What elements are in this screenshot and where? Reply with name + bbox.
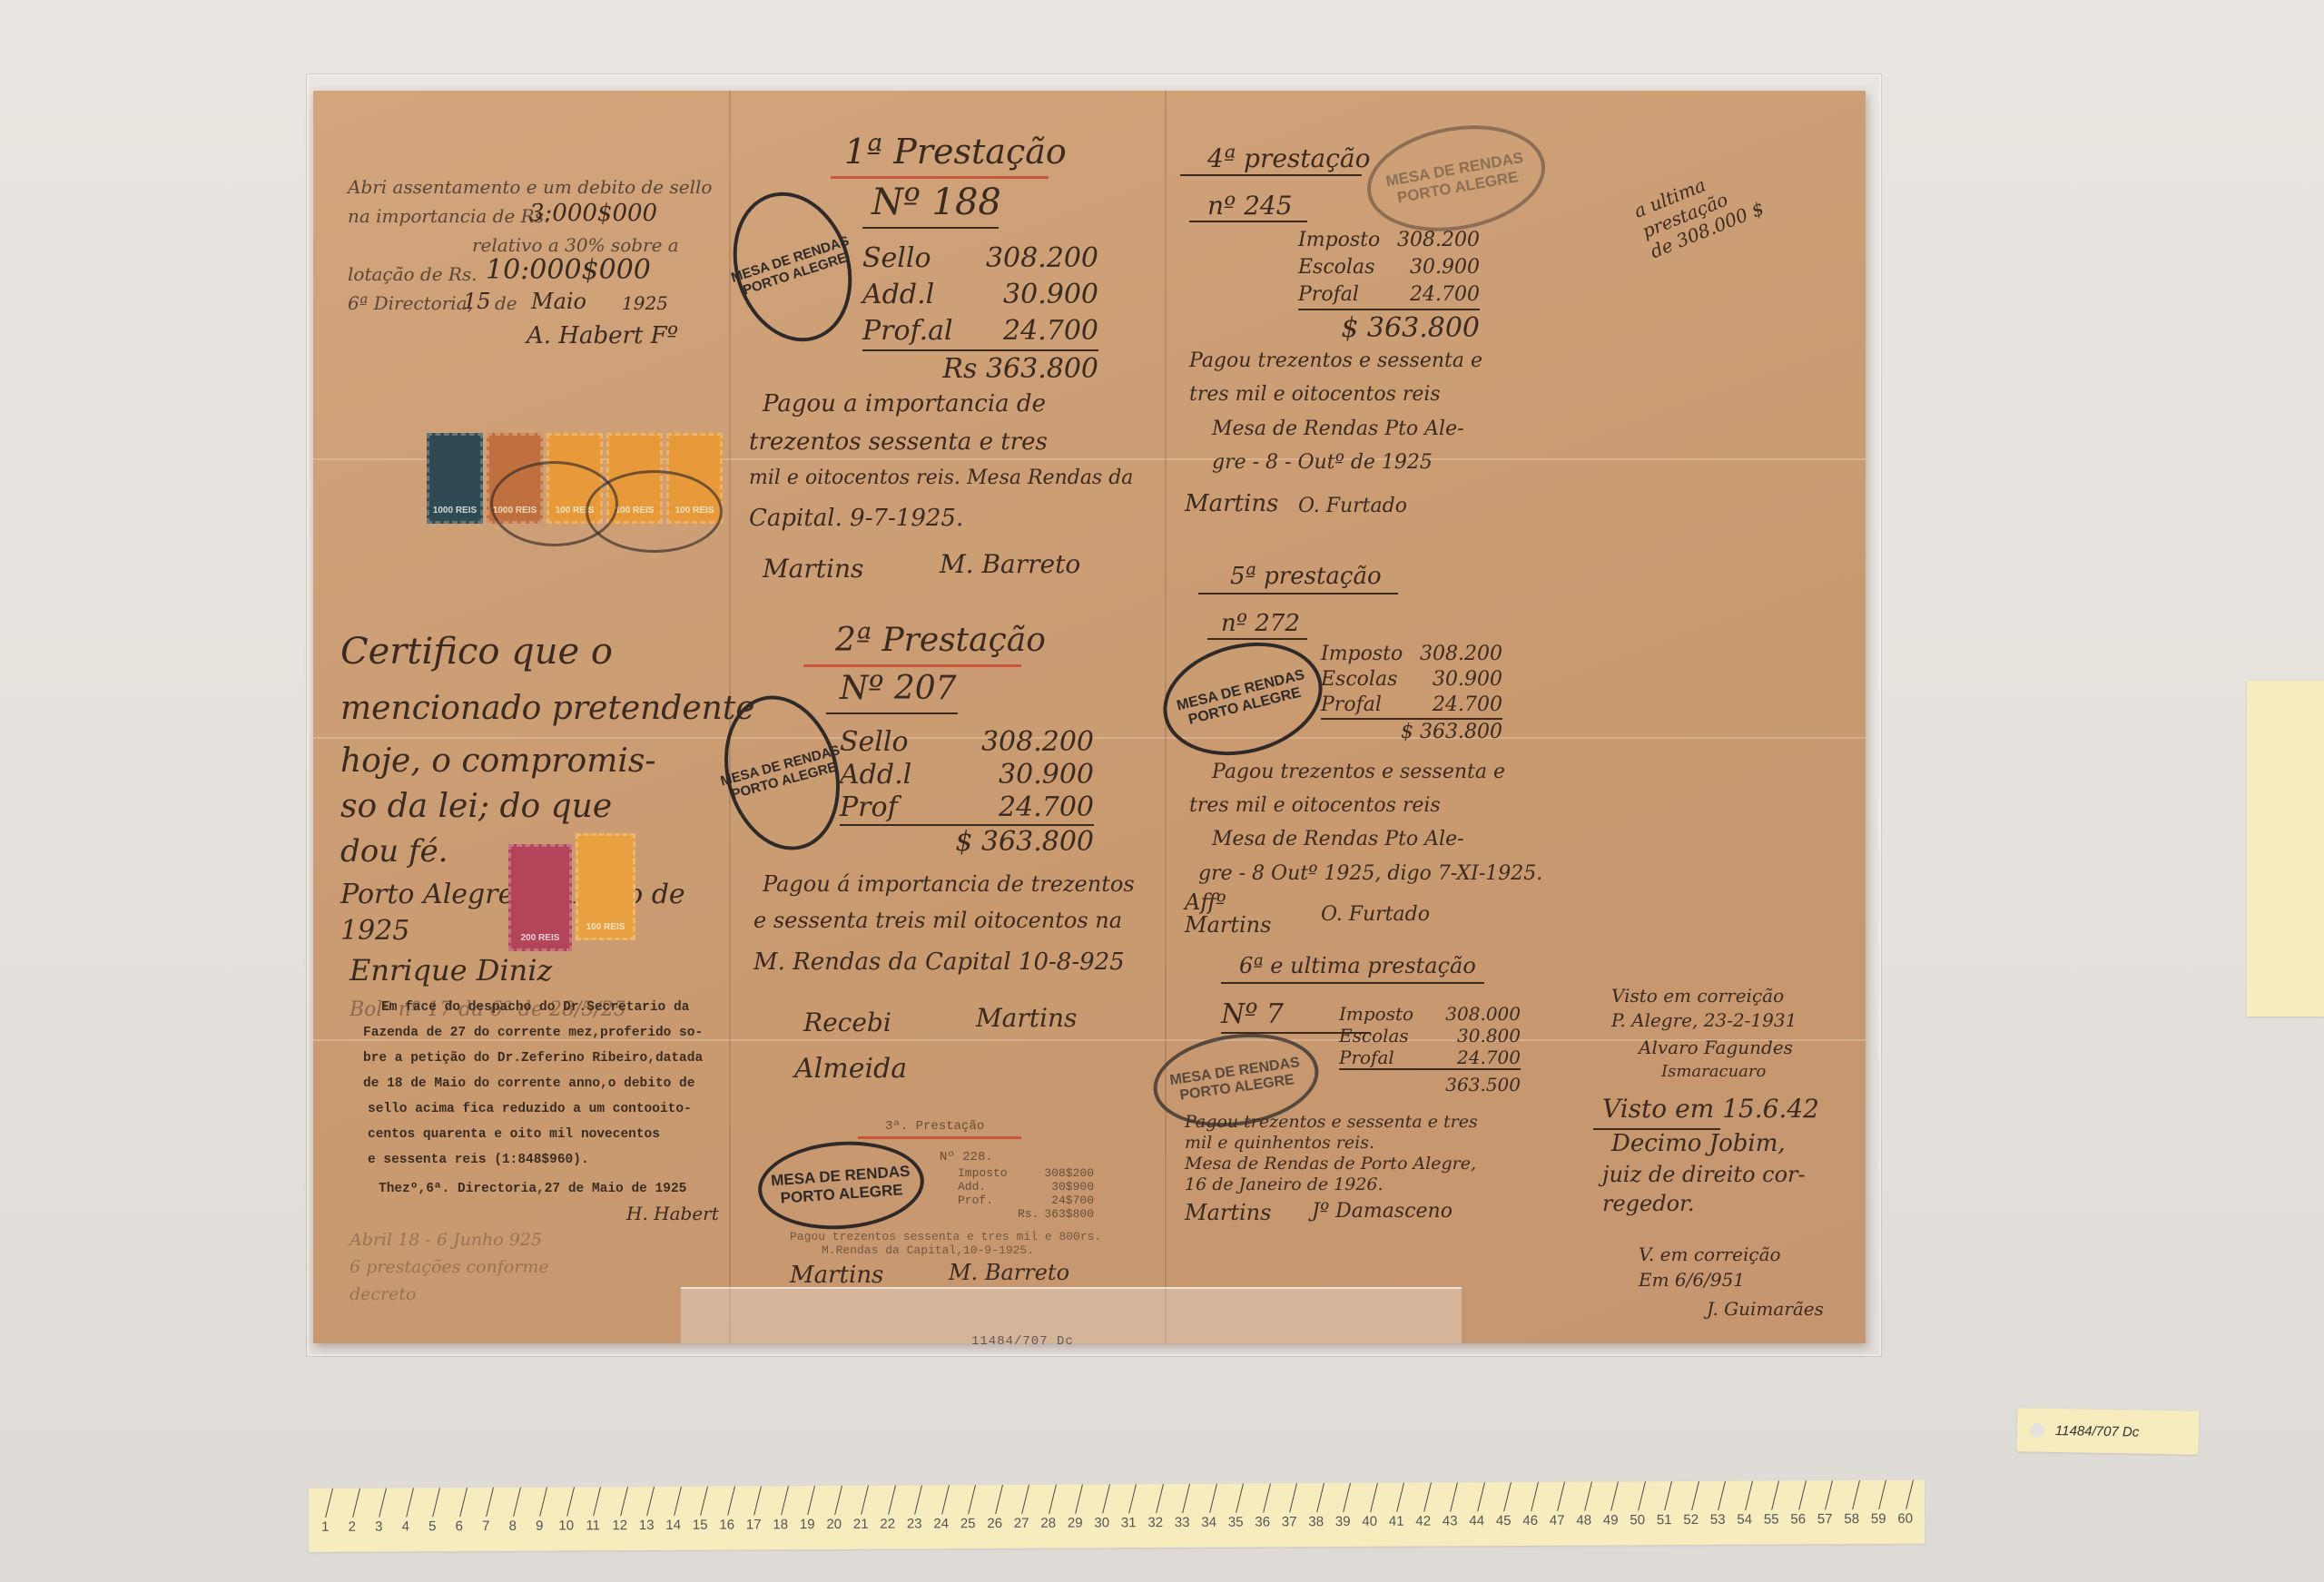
installment-title: 5ª prestação: [1230, 563, 1382, 590]
amount-row: Escolas30.800: [1339, 1025, 1521, 1046]
ruler-tick: [727, 1487, 735, 1516]
tag-hole-icon: [2030, 1423, 2044, 1438]
total-value: $ 363.800: [955, 826, 1094, 859]
amount-row: Profal24.700: [1298, 281, 1480, 309]
receipt-line: Mesa de Rendas Pto Ale-: [1212, 828, 1464, 850]
amount-row: Add.30$900: [958, 1180, 1094, 1194]
receipt-line: Pagou trezentos sessenta e tres mil e 80…: [790, 1230, 1101, 1243]
amount-row: Add.l30.900: [862, 277, 1098, 313]
visto-signature: Alvaro Fagundes: [1639, 1037, 1793, 1058]
revenue-stamp: 100 REIS: [576, 833, 635, 940]
ruler-tick: [1236, 1484, 1244, 1513]
amount-label: Add.l: [840, 759, 911, 791]
ruler-tick-label: 41: [1389, 1514, 1404, 1529]
ruler-tick-label: 36: [1255, 1514, 1270, 1529]
ruler-tick-label: 14: [665, 1518, 681, 1533]
amount-value: 24.700: [999, 791, 1094, 824]
ruler-tick: [941, 1485, 950, 1514]
ruler-tick: [1423, 1483, 1432, 1512]
amount-value: 30.900: [1433, 667, 1502, 693]
amount-value: 24.700: [1457, 1046, 1521, 1068]
receipt-line: 16 de Janeiro de 1926.: [1185, 1174, 1384, 1194]
despacho-line: Em face do despacho do Dr.Secretario da: [381, 1000, 689, 1015]
ruler-tick: [834, 1486, 842, 1515]
amount-value: 30.900: [999, 759, 1094, 791]
ruler-tick: [1691, 1481, 1699, 1510]
revenue-stamps-bottom: 200 REIS 100 REIS: [508, 844, 635, 951]
ruler-tick-label: 56: [1790, 1511, 1806, 1527]
receipt-line: tres mil e oitocentos reis: [1189, 383, 1441, 406]
ruler-tick: [620, 1487, 628, 1516]
certificate-line: so da lei; do que: [340, 788, 612, 825]
visto-signature: Ismaracuaro: [1661, 1062, 1766, 1081]
total-value: $ 363.800: [1341, 310, 1480, 347]
ruler-tick: [674, 1487, 682, 1516]
amount-row: Imposto308$200: [958, 1166, 1094, 1180]
ruler-tick-label: 1: [321, 1519, 329, 1535]
ruler-tick: [1878, 1480, 1886, 1509]
certificate-signature: Enrique Diniz: [350, 953, 552, 988]
ruler-tick: [1289, 1483, 1297, 1512]
ruler-tick-label: 5: [428, 1518, 436, 1534]
amount-label: Prof: [840, 791, 898, 824]
ruler-tick: [1718, 1481, 1726, 1510]
receipt-line: M. Rendas da Capital 10-8-925: [753, 948, 1125, 976]
ruler-tick-label: 60: [1897, 1511, 1913, 1527]
ruler-tick: [1584, 1482, 1592, 1511]
amount-label: Escolas: [1298, 254, 1374, 281]
amount-total: $ 363.800: [1298, 309, 1480, 347]
ruler-tick: [513, 1488, 521, 1517]
ruler-tick: [914, 1485, 922, 1514]
underline: [1198, 593, 1398, 594]
ruler-tick: [1156, 1484, 1164, 1513]
amount-table: Imposto308$200 Add.30$900 Prof.24$700 Rs…: [958, 1166, 1094, 1221]
ruler-tick-label: 53: [1710, 1512, 1726, 1528]
revenue-stamp: 200 REIS: [508, 844, 572, 951]
amount-row: Prof.24$700: [958, 1194, 1094, 1207]
ruler-tick: [1503, 1482, 1512, 1511]
signature: M. Barreto: [940, 549, 1080, 579]
ruler-tick: [379, 1489, 387, 1518]
form-day: 15: [463, 289, 491, 314]
ruler-tick: [1852, 1480, 1860, 1509]
ruler-tick: [1316, 1483, 1324, 1512]
amount-label: Sello: [862, 241, 931, 277]
amount-value: 308.200: [981, 726, 1094, 759]
ruler-tick-label: 24: [933, 1516, 949, 1531]
red-underline: [858, 1136, 1021, 1139]
installment-number: Nº 7: [1221, 998, 1284, 1030]
signature: Martins: [1185, 912, 1271, 938]
amount-table: Sello308.200 Add.l30.900 Prof.al24.700 R…: [862, 241, 1098, 388]
ruler-tick-label: 18: [773, 1517, 788, 1532]
ruler-tick-label: 10: [558, 1518, 574, 1533]
installment-title: 4ª prestação: [1207, 143, 1370, 173]
ruler-tick-label: 19: [800, 1517, 815, 1532]
ruler-tick-label: 55: [1764, 1512, 1779, 1528]
ruler-tick: [753, 1486, 762, 1515]
ruler-tick-label: 37: [1282, 1514, 1297, 1529]
visto-line: Visto em correição: [1611, 985, 1784, 1007]
despacho-line: bre a petição do Dr.Zeferino Ribeiro,dat…: [363, 1051, 703, 1066]
ruler-tick: [1771, 1481, 1779, 1510]
amount-row: Profal24.700: [1339, 1046, 1521, 1068]
ruler-tick-label: 22: [880, 1517, 895, 1532]
signature: Martins: [1185, 490, 1278, 517]
ruler-tick: [1905, 1480, 1914, 1509]
underline: [1189, 221, 1307, 222]
amount-row: Profal24.700: [1321, 693, 1502, 718]
ruler-tick-label: 48: [1576, 1513, 1591, 1528]
installment-number: Nº 207: [840, 670, 957, 707]
despacho-signature: H. Habert: [626, 1203, 719, 1224]
despacho-line: sello acima fica reduzido a um contooito…: [368, 1102, 692, 1116]
ruler-tick: [1370, 1483, 1378, 1512]
ruler-tick-label: 49: [1603, 1512, 1619, 1528]
amount-row: Prof.al24.700: [862, 313, 1098, 349]
ruler-tick: [807, 1486, 815, 1515]
ruler-tick-label: 30: [1094, 1515, 1109, 1530]
ruler-tick-label: 42: [1415, 1514, 1431, 1529]
ruler-tick: [1477, 1482, 1485, 1511]
form-de: de: [495, 292, 517, 314]
underline: [1221, 982, 1484, 984]
underline: [1207, 638, 1307, 640]
installment-title: 1ª Prestação: [844, 132, 1067, 172]
signature: O. Furtado: [1298, 495, 1407, 517]
ruler-tick-label: 25: [960, 1516, 976, 1531]
ruler-tick-label: 59: [1871, 1511, 1886, 1527]
amount-value: 24.700: [1003, 313, 1098, 349]
amount-value: 24$700: [1051, 1194, 1094, 1207]
despacho-line: centos quarenta e oito mil novecentos: [368, 1127, 660, 1142]
amount-label: Prof.: [958, 1194, 993, 1207]
ruler-tick-label: 17: [746, 1517, 762, 1532]
ruler-tick-label: 20: [826, 1517, 842, 1532]
total-value: Rs 363.800: [942, 351, 1098, 388]
despacho-line: Fazenda de 27 do corrente mez,proferido …: [363, 1026, 703, 1040]
visto-line: Em 6/6/951: [1639, 1269, 1745, 1291]
amount-table: Imposto308.000 Escolas30.800 Profal24.70…: [1339, 1003, 1521, 1099]
total-value: 363$800: [1044, 1207, 1094, 1221]
underline: [826, 712, 958, 714]
visto-line: P. Alegre, 23-2-1931: [1611, 1009, 1797, 1031]
ruler-tick: [459, 1488, 468, 1517]
ruler-tick: [1263, 1483, 1271, 1512]
ruler-tick: [1450, 1482, 1458, 1511]
ruler-tick-label: 51: [1657, 1512, 1672, 1528]
ruler-tick: [1638, 1481, 1646, 1510]
receipt-line: Pagou trezentos e sessenta e: [1212, 761, 1505, 783]
ruler-tick: [539, 1488, 547, 1517]
mesa-de-rendas-stamp: MESA DE RENDAS PORTO ALEGRE: [1359, 113, 1554, 245]
ruler-tick: [1049, 1485, 1057, 1514]
ruler-tick: [781, 1486, 789, 1515]
ruler-tick: [406, 1488, 414, 1517]
ruler-tick-label: 46: [1522, 1513, 1538, 1528]
signature: Martins: [790, 1262, 883, 1289]
ruler-tick-label: 31: [1121, 1515, 1137, 1530]
amount-row: Imposto308.200: [1321, 642, 1502, 667]
amount-table: Sello308.200 Add.l30.900 Prof24.700 $ 36…: [840, 726, 1094, 859]
ruler-tick: [432, 1488, 440, 1517]
certificate-line: hoje, o compromis-: [340, 742, 656, 780]
signature: Martins: [1185, 1200, 1271, 1225]
ruler-tick: [325, 1489, 333, 1518]
form-line-2-label: na importancia de Rs.: [348, 205, 549, 227]
faint-note: 6 prestações conforme: [350, 1257, 549, 1277]
despacho-line: de 18 de Maio do corrente anno,o debito …: [363, 1076, 694, 1091]
lotacao-amount: 10:000$000: [486, 254, 651, 286]
amount-table: Imposto308.200 Escolas30.900 Profal24.70…: [1321, 642, 1502, 745]
ruler-tick-label: 50: [1630, 1512, 1645, 1528]
ruler-tick-label: 39: [1335, 1514, 1351, 1529]
ruler-tick-label: 28: [1040, 1516, 1056, 1531]
historic-tax-document: Abri assentamento e um debito de sello n…: [313, 91, 1866, 1343]
ruler-tick-label: 34: [1201, 1515, 1216, 1530]
receipt-line: M.Rendas da Capital,10-9-1925.: [822, 1243, 1034, 1257]
ruler-tick-label: 43: [1443, 1513, 1458, 1528]
ruler-tick-label: 15: [693, 1518, 708, 1533]
ruler-tick-label: 11: [586, 1518, 600, 1533]
sello-debit-amount: 3:000$000: [529, 200, 657, 227]
ruler-tick-label: 2: [349, 1519, 356, 1535]
ruler-tick: [1075, 1485, 1083, 1514]
amount-row: Sello308.200: [840, 726, 1094, 759]
amount-label: Escolas: [1321, 667, 1397, 693]
ruler-tick-label: 35: [1228, 1515, 1244, 1530]
amount-value: 24.700: [1410, 281, 1480, 309]
mesa-de-rendas-stamp: MESA DE RENDAS PORTO ALEGRE: [1151, 626, 1334, 771]
ruler-tick: [1557, 1482, 1565, 1511]
receipt-line: Pagou a importancia de: [763, 390, 1046, 418]
amount-total: 363.500: [1339, 1068, 1521, 1099]
installment-title: 2ª Prestação: [835, 622, 1046, 659]
mesa-de-rendas-stamp: MESA DE RENDAS PORTO ALEGRE: [714, 177, 871, 358]
ruler-tick-label: 21: [853, 1517, 869, 1532]
amount-row: Imposto308.000: [1339, 1003, 1521, 1025]
amount-label: Add.l: [862, 277, 934, 313]
amount-label: Imposto: [1298, 227, 1380, 254]
ruler-tick-label: 52: [1683, 1512, 1699, 1528]
underline: [1180, 174, 1362, 176]
signature: Almeida: [794, 1053, 907, 1085]
ruler-tick-label: 12: [612, 1518, 627, 1533]
amount-label: Imposto: [1339, 1003, 1413, 1025]
amount-value: 308$200: [1044, 1166, 1094, 1180]
ruler-tick-label: 32: [1147, 1515, 1163, 1530]
receipt-line: trezentos sessenta e tres: [749, 428, 1048, 456]
ruler-tick-label: 33: [1175, 1515, 1190, 1530]
faint-margin-note: a ultima prestação de 308.000 $: [1630, 157, 1767, 263]
amount-value: 24.700: [1433, 693, 1502, 718]
signature: Jº Damasceno: [1312, 1200, 1452, 1223]
receipt-line: Pagou trezentos e sessenta e tres: [1185, 1112, 1478, 1132]
ruler-tick-label: 9: [536, 1518, 543, 1534]
form-month: Maio: [531, 289, 586, 314]
amount-value: 308.000: [1445, 1003, 1521, 1025]
ruler-tick: [968, 1485, 976, 1514]
amount-label: Profal: [1298, 281, 1359, 309]
visto-line: juiz de direito cor-: [1602, 1162, 1806, 1187]
visto-signature: J. Guimarães: [1707, 1298, 1824, 1320]
form-line-4-label: lotação de Rs.: [348, 263, 478, 285]
revenue-stamp: 1000 REIS: [427, 433, 483, 524]
ruler-tick: [1798, 1480, 1807, 1509]
amount-label: Profal: [1339, 1046, 1394, 1068]
ruler-tick: [1825, 1480, 1833, 1509]
ruler-tick-label: 26: [987, 1516, 1002, 1531]
amount-table: Imposto308.200 Escolas30.900 Profal24.70…: [1298, 227, 1480, 347]
receipt-line: mil e oitocentos reis. Mesa Rendas da: [749, 467, 1133, 489]
amount-value: 30.900: [1410, 254, 1480, 281]
ruler-tick: [1610, 1481, 1619, 1510]
ruler-tick-label: 27: [1014, 1516, 1029, 1531]
receipt-line: Mesa de Rendas Pto Ale-: [1212, 418, 1464, 440]
amount-value: 308.200: [1397, 227, 1480, 254]
certificate-line: dou fé.: [340, 833, 448, 870]
receipt-line: Mesa de Rendas de Porto Alegre,: [1185, 1154, 1476, 1174]
ruler-tick-label: 57: [1817, 1511, 1833, 1527]
ruler-tick-label: 38: [1308, 1514, 1324, 1529]
amount-value: 30.900: [1003, 277, 1098, 313]
ruler-tick: [1128, 1484, 1137, 1513]
signature: Affº: [1185, 889, 1226, 915]
ruler-tick-label: 47: [1550, 1513, 1565, 1528]
acrylic-base: 11484/707 Dc: [681, 1287, 1462, 1343]
ruler-tick: [1396, 1483, 1404, 1512]
amount-total: $ 363.800: [840, 824, 1094, 859]
certificate-line: mencionado pretendente: [340, 690, 755, 727]
receipt-line: tres mil e oitocentos reis: [1189, 794, 1441, 817]
ruler-tick-label: 3: [375, 1519, 382, 1535]
receipt-line: Pagou trezentos e sessenta e: [1189, 349, 1482, 372]
amount-row: Escolas30.900: [1298, 254, 1480, 281]
ruler-tick-label: 7: [482, 1518, 489, 1534]
receipt-line: e sessenta treis mil oitocentos na: [753, 908, 1122, 933]
ruler-tick: [861, 1486, 869, 1515]
amount-row: Prof24.700: [840, 791, 1094, 824]
ruler-tick: [995, 1485, 1003, 1514]
installment-title: 3ª. Prestação: [885, 1119, 984, 1134]
ruler-tick: [1102, 1484, 1110, 1513]
installment-number: Nº 228.: [940, 1150, 993, 1164]
total-value: $ 363.800: [1401, 720, 1502, 745]
ruler-tick: [1343, 1483, 1351, 1512]
certificate-line: Certifico que o: [340, 631, 613, 673]
installment-number: Nº 188: [871, 182, 1001, 223]
ruler-tick-label: 4: [402, 1518, 409, 1534]
despacho-footer: Thezº,6ª. Directoria,27 de Maio de 1925: [379, 1182, 686, 1196]
receipt-line: mil e quinhentos reis.: [1185, 1133, 1374, 1153]
total-label: Rs.: [1018, 1207, 1039, 1221]
ruler-tick: [1182, 1484, 1190, 1513]
amount-label: Sello: [840, 726, 909, 759]
amount-value: 30.800: [1457, 1025, 1521, 1046]
amount-label: Profal: [1321, 693, 1382, 718]
amount-label: Escolas: [1339, 1025, 1409, 1046]
red-underline: [831, 176, 1049, 179]
header-signature: A. Habert Fº: [527, 322, 678, 349]
measuring-ruler: 1234567891011121314151617181920212223242…: [309, 1480, 1925, 1552]
mesa-de-rendas-stamp: MESA DE RENDAS PORTO ALEGRE: [755, 1136, 927, 1235]
ruler-tick: [1021, 1485, 1029, 1514]
ruler-tick-label: 6: [456, 1518, 463, 1534]
ruler-tick: [1664, 1481, 1672, 1510]
ruler-tick: [566, 1487, 575, 1516]
signature: O. Furtado: [1321, 903, 1430, 926]
ruler-tick: [486, 1488, 494, 1517]
amount-total: Rs.363$800: [958, 1207, 1094, 1221]
ruler-tick: [646, 1487, 655, 1516]
ruler-tick: [1531, 1482, 1539, 1511]
ruler-tick: [1745, 1481, 1753, 1510]
visto-line: regedor.: [1602, 1191, 1695, 1216]
receipt-line: gre - 8 Outº 1925, digo 7-XI-1925.: [1198, 862, 1542, 885]
amount-total: $ 363.800: [1321, 718, 1502, 745]
visto-line: Decimo Jobim,: [1611, 1130, 1786, 1157]
ruler-tick-label: 45: [1496, 1513, 1512, 1528]
form-line-5-label: 6ª Directoria,: [348, 292, 473, 314]
catalogue-number: 11484/707 Dc: [2055, 1422, 2140, 1440]
visto-line: V. em correição: [1639, 1243, 1781, 1265]
amount-total: Rs 363.800: [862, 349, 1098, 388]
installment-number: nº 272: [1221, 610, 1300, 637]
amount-label: Prof.al: [862, 313, 953, 349]
visto-line: Visto em 15.6.42: [1602, 1094, 1819, 1124]
amount-row: Add.l30.900: [840, 759, 1094, 791]
amount-label: Imposto: [958, 1166, 1008, 1180]
amount-row: Escolas30.900: [1321, 667, 1502, 693]
signature: Martins: [976, 1003, 1077, 1033]
ruler-tick-label: 23: [907, 1516, 922, 1531]
amount-row: Sello308.200: [862, 241, 1098, 277]
faint-note: decreto: [350, 1284, 416, 1304]
ruler-tick-label: 8: [509, 1518, 517, 1534]
ruler-tick-label: 13: [639, 1518, 655, 1533]
ruler-tick-label: 40: [1362, 1514, 1377, 1529]
ruler-tick-label: 29: [1068, 1516, 1083, 1531]
certificate-line: 1925: [340, 915, 409, 947]
ruler-tick-label: 54: [1737, 1512, 1752, 1528]
catalogue-tag: 11484/707 Dc: [2017, 1408, 2200, 1454]
amount-value: 308.200: [986, 241, 1098, 277]
receipt-line: gre - 8 - Outº de 1925: [1212, 451, 1433, 474]
total-value: 363.500: [1445, 1070, 1521, 1099]
faint-note: Abril 18 - 6 Junho 925: [350, 1230, 542, 1250]
installment-number: nº 245: [1207, 191, 1293, 221]
cancellation-postmark: [586, 470, 723, 553]
despacho-line: e sessenta reis (1:848$960).: [368, 1153, 589, 1167]
receipt-line: Capital. 9-7-1925.: [749, 505, 963, 532]
signature: Martins: [763, 554, 863, 584]
ruler-tick-label: 44: [1469, 1513, 1484, 1528]
ruler-tick: [1209, 1484, 1217, 1513]
ruler-tick: [352, 1489, 360, 1518]
ruler-tick: [888, 1486, 896, 1515]
amount-label: Imposto: [1321, 642, 1403, 667]
signature: M. Barreto: [949, 1260, 1069, 1285]
receipt-line: Pagou á importancia de trezentos: [763, 871, 1135, 897]
ruler-tick: [593, 1487, 601, 1516]
side-paper-tag: [2247, 681, 2324, 1017]
red-underline: [803, 664, 1021, 667]
underline: [862, 227, 999, 229]
form-line-3: relativo a 30% sobre a: [472, 234, 679, 256]
form-year: 1925: [622, 292, 668, 314]
amount-value: 308.200: [1420, 642, 1502, 667]
